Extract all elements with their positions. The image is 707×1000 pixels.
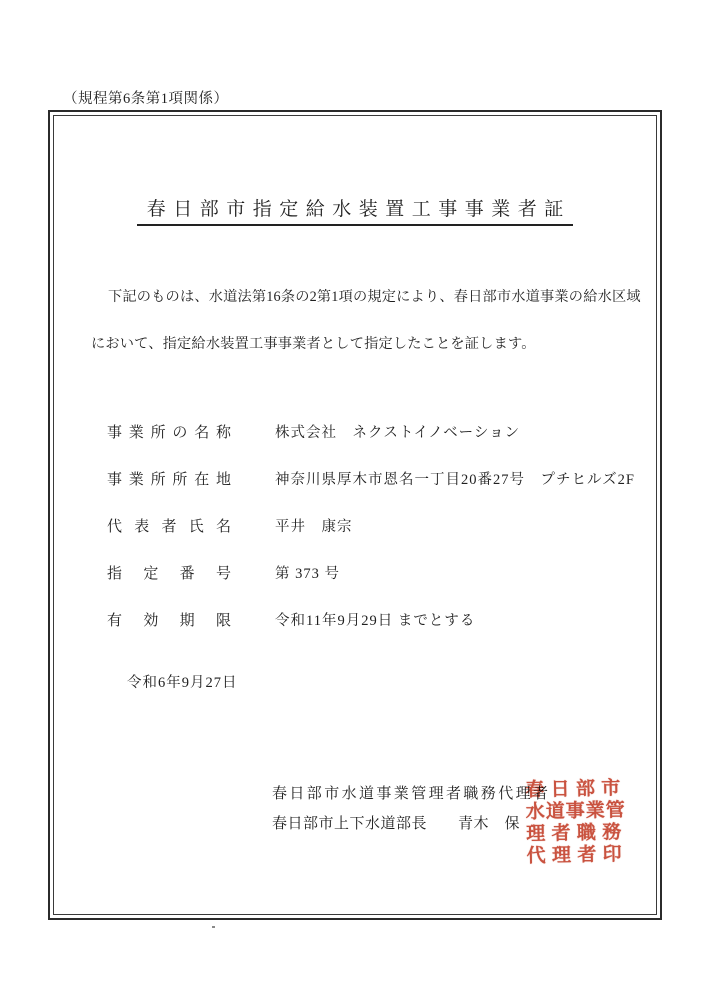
field-row-designation-number: 指定番号 第 373 号 [107,562,231,582]
scan-artifact-speck [212,926,215,928]
body-text-line-1: 下記のものは、水道法第16条の2第1項の規定により、春日部市水道事業の給水区域 [108,286,641,306]
field-row-representative-name: 代表者氏名 平井 康宗 [107,515,231,535]
seal-text-line-4: 代理者印 [526,844,622,868]
signature-line-title: 春日部市水道事業管理者職務代理者 [272,782,550,803]
certificate-title-wrap: 春日部市指定給水装置工事事業者証 [48,194,662,226]
regulation-note: （規程第6条第1項関係） [63,87,229,108]
body-text-line-2: において、指定給水装置工事事業者として指定したことを証します。 [91,333,536,353]
certificate-title: 春日部市指定給水装置工事事業者証 [137,194,573,226]
field-value-representative-name: 平井 康宗 [275,515,353,536]
field-row-business-name: 事業所の名称 株式会社 ネクストイノベーション [107,421,231,441]
field-label-business-address: 事業所所在地 [107,468,231,489]
seal-text-line-1: 春日部市 [525,778,621,802]
certificate-page: （規程第6条第1項関係） 春日部市指定給水装置工事事業者証 下記のものは、水道法… [0,0,707,1000]
issue-date: 令和6年9月27日 [127,671,238,692]
seal-text-line-2: 水道事業管 [526,800,622,824]
field-value-expiration-date: 令和11年9月29日 までとする [275,609,475,630]
field-label-business-name: 事業所の名称 [107,421,231,442]
field-label-expiration-date: 有効期限 [107,609,231,630]
field-label-representative-name: 代表者氏名 [107,515,231,536]
field-value-business-address: 神奈川県厚木市恩名一丁目20番27号 プチヒルズ2F [275,468,635,489]
seal-text-line-3: 理者職務 [526,822,622,846]
field-value-designation-number: 第 373 号 [275,562,340,583]
signature-line-name: 春日部市上下水道部長 青木 保 [272,812,520,833]
field-row-business-address: 事業所所在地 神奈川県厚木市恩名一丁目20番27号 プチヒルズ2F [107,468,231,488]
field-value-business-name: 株式会社 ネクストイノベーション [275,421,520,442]
field-label-designation-number: 指定番号 [107,562,231,583]
field-row-expiration-date: 有効期限 令和11年9月29日 までとする [107,609,231,629]
official-red-seal: 春日部市 水道事業管 理者職務 代理者印 [525,778,623,868]
